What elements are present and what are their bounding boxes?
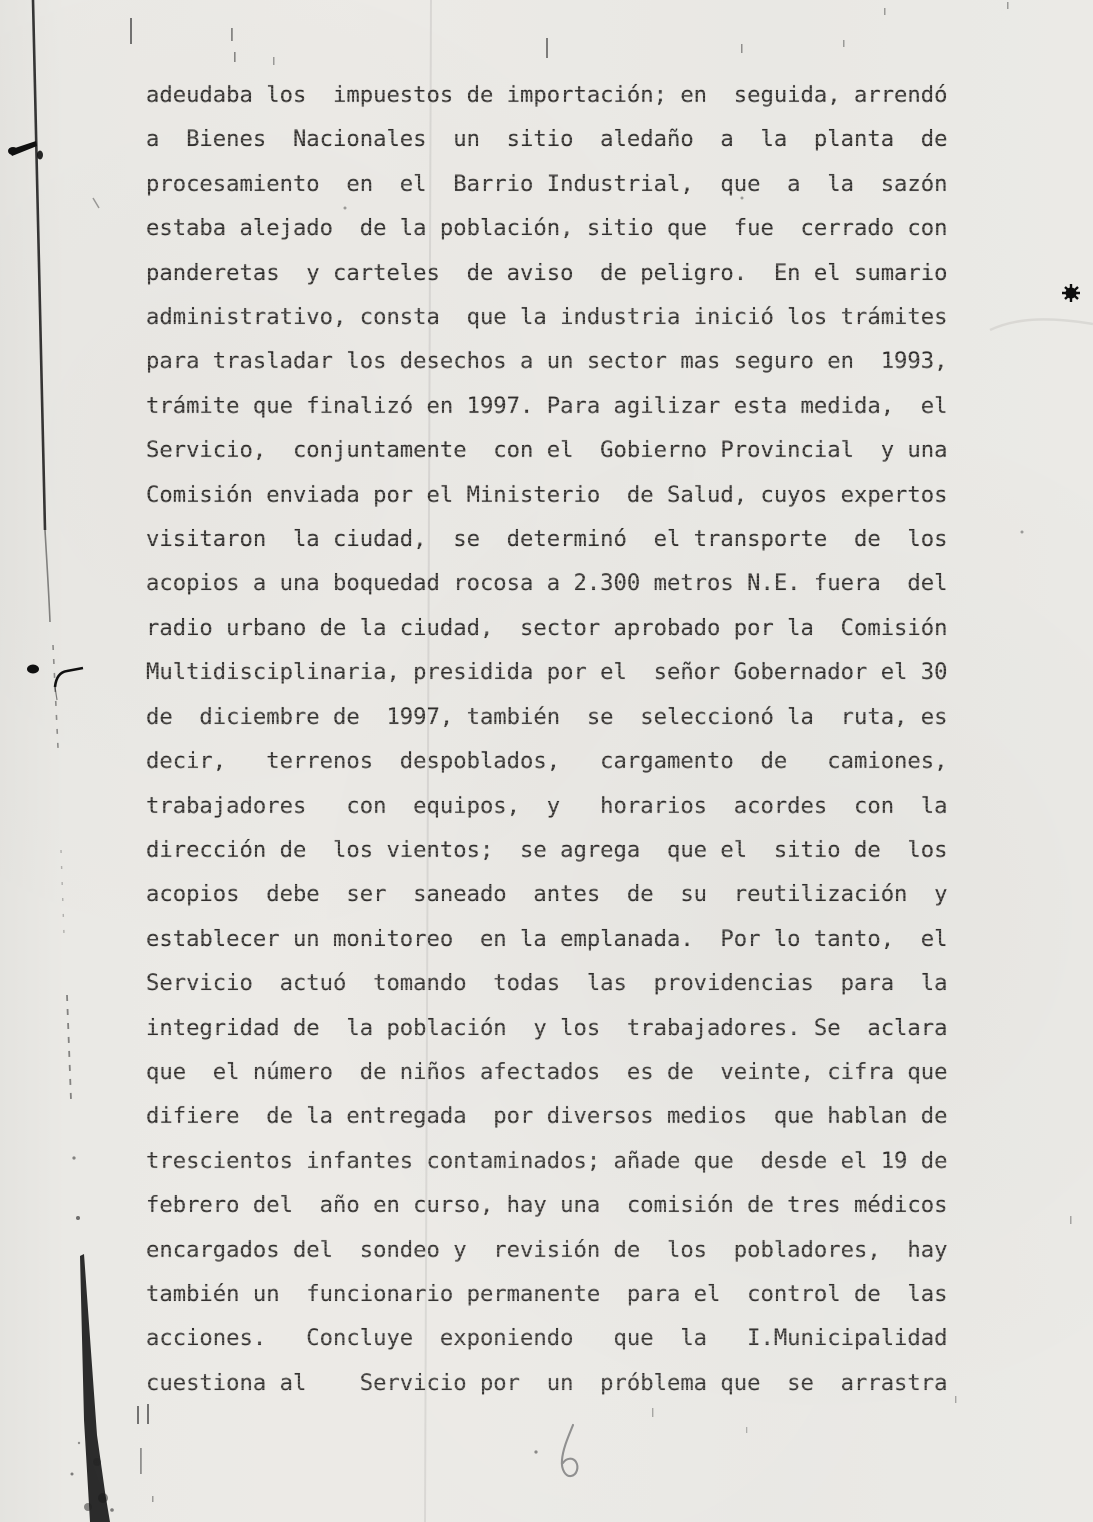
text-line: adeudaba los impuestos de importación; e… [146, 73, 947, 117]
page-number-handwritten: 6 [552, 1420, 582, 1482]
text-line: visitaron la ciudad, se determinó el tra… [146, 517, 947, 561]
text-line: trescientos infantes contaminados; añade… [146, 1139, 947, 1183]
handwritten-digit-6 [552, 1420, 582, 1482]
text-line: Multidisciplinaria, presidida por el señ… [146, 650, 947, 694]
text-line: administrativo, consta que la industria … [146, 295, 947, 339]
text-line: acopios debe ser saneado antes de su reu… [146, 872, 947, 916]
text-line: radio urbano de la ciudad, sector aproba… [146, 606, 947, 650]
text-line: Servicio, conjuntamente con el Gobierno … [146, 428, 947, 472]
text-line: a Bienes Nacionales un sitio aledaño a l… [146, 117, 947, 161]
text-line: estaba alejado de la población, sitio qu… [146, 206, 947, 250]
page-number-value: 6 [582, 1420, 583, 1421]
text-line: panderetas y carteles de aviso de peligr… [146, 251, 947, 295]
left-margin-line [33, 0, 80, 1220]
text-line: febrero del año en curso, hay una comisi… [146, 1183, 947, 1227]
crease-wave [990, 319, 1093, 330]
text-line: difiere de la entregada por diversos med… [146, 1094, 947, 1138]
text-line: integridad de la población y los trabaja… [146, 1006, 947, 1050]
text-line: Comisión enviada por el Ministerio de Sa… [146, 473, 947, 517]
text-line: de diciembre de 1997, también se selecci… [146, 695, 947, 739]
text-line: que el número de niños afectados es de v… [146, 1050, 947, 1094]
ink-splat [1062, 284, 1080, 302]
text-line: acciones. Concluye exponiendo que la I.M… [146, 1316, 947, 1360]
text-line: decir, terrenos despoblados, cargamento … [146, 739, 947, 783]
bottom-smudge [71, 1254, 114, 1522]
text-line: procesamiento en el Barrio Industrial, q… [146, 162, 947, 206]
text-line: acopios a una boquedad rocosa a 2.300 me… [146, 561, 947, 605]
text-line: establecer un monitoreo en la emplanada.… [146, 917, 947, 961]
text-line: encargados del sondeo y revisión de los … [146, 1228, 947, 1272]
text-line: cuestiona al Servicio por un próblema qu… [146, 1361, 947, 1405]
typewritten-text: adeudaba los impuestos de importación; e… [146, 73, 947, 1405]
text-line: dirección de los vientos; se agrega que … [146, 828, 947, 872]
text-line: Servicio actuó tomando todas las provide… [146, 961, 947, 1005]
margin-arrow-mark [8, 141, 43, 160]
margin-check-mark [27, 665, 83, 701]
text-line: trabajadores con equipos, y horarios aco… [146, 784, 947, 828]
scanned-document-page: adeudaba los impuestos de importación; e… [0, 0, 1093, 1522]
text-line: también un funcionario permanente para e… [146, 1272, 947, 1316]
text-line: para trasladar los desechos a un sector … [146, 339, 947, 383]
text-line: trámite que finalizó en 1997. Para agili… [146, 384, 947, 428]
